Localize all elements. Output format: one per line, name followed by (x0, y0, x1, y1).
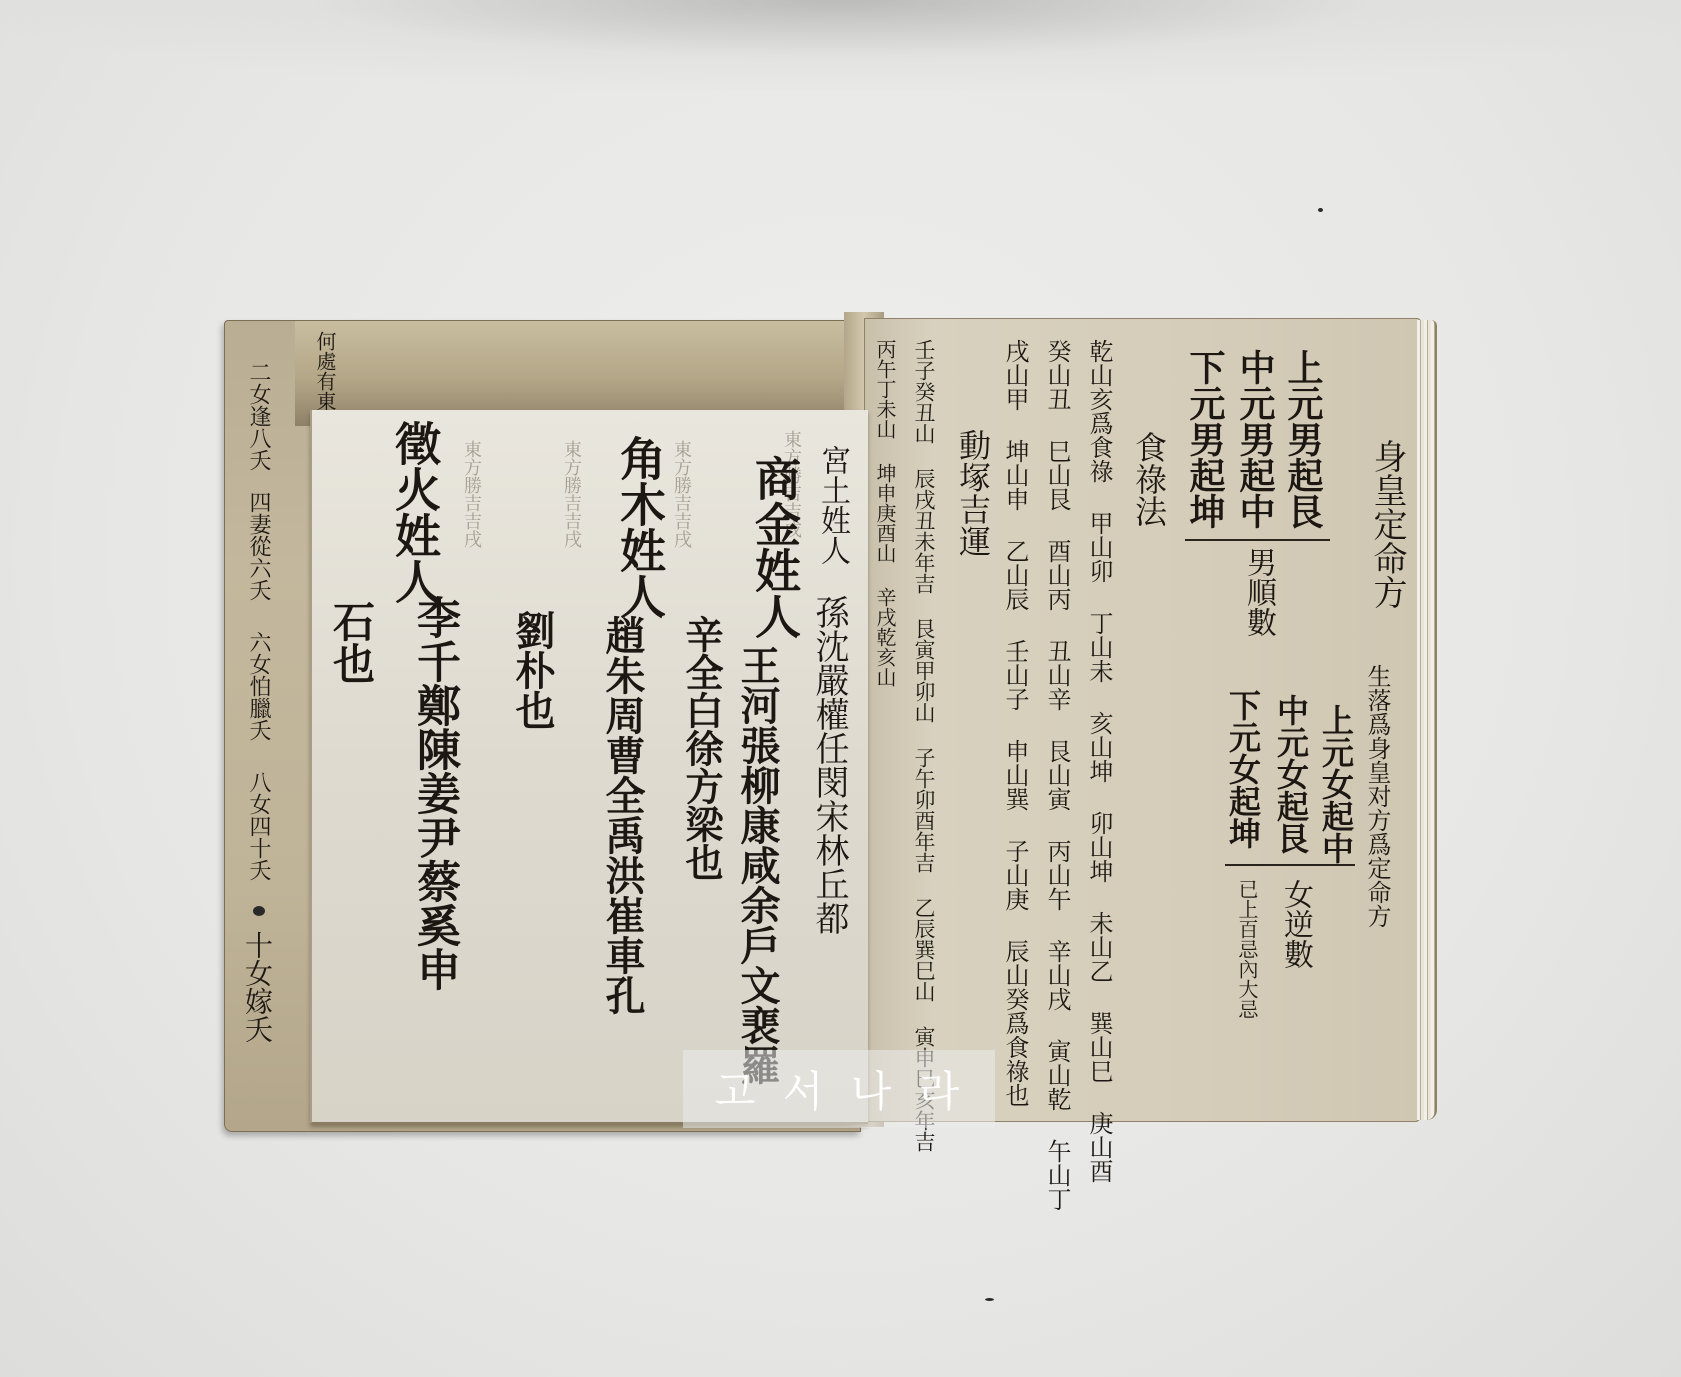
overlay-column: 宮土姓人 (817, 445, 847, 565)
right-page: 身皇定命方 上元男起艮 中元男起中 下元男起坤 男順數 食祿法 乾山亥爲食祿 甲… (864, 318, 1421, 1122)
text-column: 中元男起中 (1237, 349, 1273, 529)
section-heading: 食祿法 (1133, 431, 1165, 527)
overlay-column: 劉朴也 (512, 610, 552, 730)
overlay-column: 王河張柳康咸余戶文裵羅 (737, 645, 777, 1085)
open-book: 何處有東西 外傳 三郎 宮 二女逢八夭 四妻從六夭 六女怕臘夭 八女四十夭 十女… (224, 312, 1434, 1132)
section-heading: 動塚吉運 (957, 429, 989, 557)
overlay-column: 孫沈嚴權任閔宋林丘都 (812, 595, 846, 935)
left-underlay-column: 十女嫁夭 (243, 931, 271, 1043)
faint-bleedthrough: 東方勝吉吉戌 (462, 440, 480, 548)
right-page-title: 身皇定命方 (1370, 439, 1404, 609)
faint-bleedthrough: 東方勝吉吉戌 (672, 440, 690, 548)
text-column: 中元女起艮 (1275, 694, 1307, 854)
watermark-char: 고 (715, 1059, 760, 1119)
text-column: 乾山亥爲食祿 甲山卯 丁山未 亥山坤 卯山坤 未山乙 巽山巳 庚山酉 (1087, 339, 1111, 1183)
overlay-column: 石也 (330, 600, 372, 684)
text-column: 上元女起中 (1320, 704, 1352, 864)
left-underlay-column: 二女逢八夭 (247, 361, 269, 471)
overlay-column: 角木姓人 (617, 435, 663, 619)
text-column: 戌山甲 坤山申 乙山辰 壬山子 申山巽 子山庚 辰山癸爲食祿也 (1003, 339, 1027, 1107)
page-edges (1417, 320, 1437, 1120)
overlay-column: 徵火姓人 (392, 420, 438, 604)
text-column: 已上百忌內大忌 (1237, 879, 1257, 1019)
loose-overlay-sheet: 東方勝吉吉戌 東方勝吉吉戌 東方勝吉吉戌 東方勝吉吉戌 宮土姓人 孫沈嚴權任閔宋… (310, 410, 868, 1124)
speck (1318, 208, 1323, 212)
text-column: 丙午丁未山 坤申庚酉山 辛戌乾亥山 (875, 339, 895, 687)
text-column: 壬子癸丑山 辰戌丑未年吉 艮寅甲卯山 子午卯酉年吉 乙辰巽巳山 寅申巳亥年吉 (913, 339, 934, 1152)
ink-dot (253, 906, 265, 916)
overlay-column: 商金姓人 (752, 455, 798, 639)
text-column: 上元男起艮 (1285, 349, 1321, 529)
overlay-column: 辛全白徐方梁也 (682, 615, 720, 881)
text-column: 女逆數 (1280, 879, 1310, 969)
speck (985, 1298, 994, 1301)
watermark: 고 서 나 라 (683, 1050, 995, 1128)
bracket-line (1185, 539, 1330, 541)
text-column: 癸山丑 巳山艮 酉山丙 丑山辛 艮山寅 丙山午 辛山戌 寅山乾 午山丁 (1045, 339, 1069, 1211)
left-underlay-column: 八女四十夭 (247, 771, 269, 881)
left-underlay-column: 六女怕臘夭 (247, 631, 269, 741)
watermark-char: 서 (783, 1059, 828, 1119)
faint-bleedthrough: 東方勝吉吉戌 (562, 440, 580, 548)
top-shadow (0, 0, 1681, 90)
watermark-char: 라 (919, 1059, 964, 1119)
left-underlay-column: 四妻從六夭 (247, 491, 269, 601)
overlay-column: 李千鄭陳姜尹蔡奚申 (412, 595, 456, 991)
text-column: 下元女起坤 (1227, 689, 1259, 849)
text-column: 男順數 (1243, 547, 1273, 637)
overlay-column: 趙朱周曹全禹洪崔車孔 (602, 615, 642, 1015)
bracket-line (1225, 864, 1355, 866)
watermark-char: 나 (851, 1059, 896, 1119)
text-column: 下元男起坤 (1187, 349, 1223, 529)
note-column: 生落爲身皇对方爲定命方 (1365, 664, 1389, 928)
